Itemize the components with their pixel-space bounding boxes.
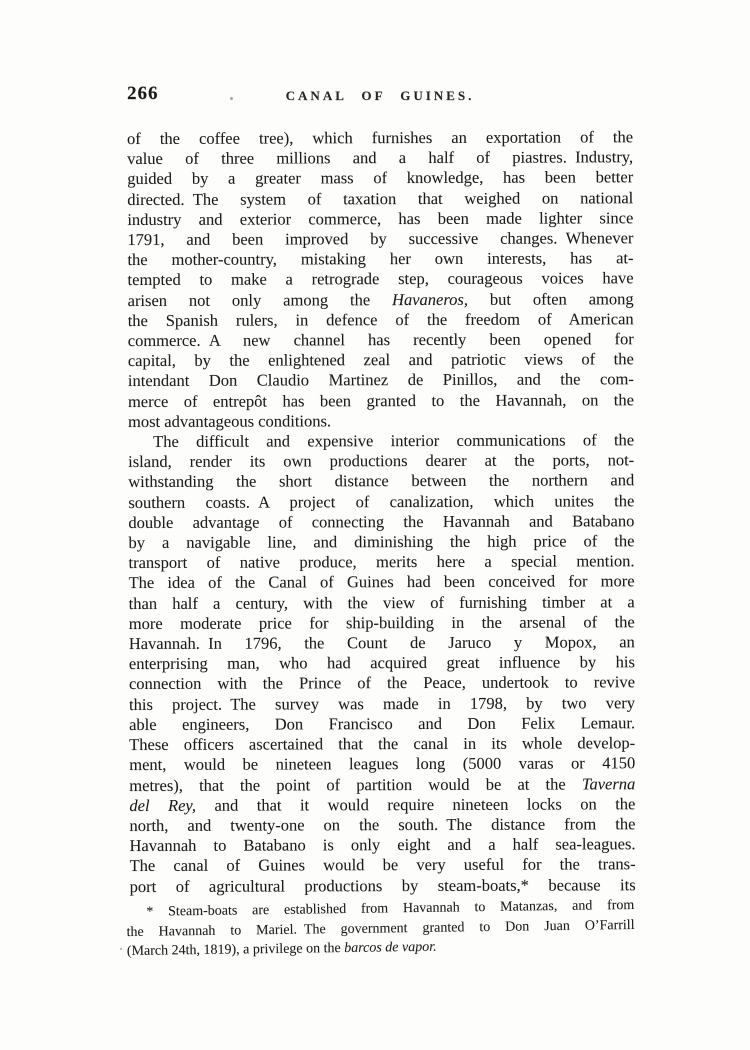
text-line: industry and exterior commerce, has been… <box>127 208 633 230</box>
text-line: tempted to make a retrograde step, coura… <box>127 269 633 291</box>
italic-text: barcos de vapor. <box>344 940 437 956</box>
text-line: than half a century, with the view of fu… <box>129 592 635 614</box>
text-line: most advantageous conditions. <box>128 410 634 432</box>
text-line: Havannah to Batabano is only eight and a… <box>129 834 635 856</box>
text-line: port of agricultural productions by stea… <box>130 875 636 897</box>
text-line: value of three millions and a half of pi… <box>127 147 633 169</box>
text-line: arisen not only among the Havaneros, but… <box>128 289 634 311</box>
text-line: merce of entrepôt has been granted to th… <box>128 390 634 412</box>
text-line: metres), that the point of partition wou… <box>129 774 635 796</box>
scan-speck <box>230 97 233 100</box>
text-line: The idea of the Canal of Guines had been… <box>129 572 635 594</box>
text-line: guided by a greater mass of knowledge, h… <box>127 168 633 190</box>
italic-text: Taverna <box>582 774 636 793</box>
page-header: 266 CANAL OF GUINES. <box>127 88 633 104</box>
italic-text: del Rey, <box>129 795 196 814</box>
italic-text: Havaneros, <box>392 289 468 308</box>
text-line: connection with the Prince of the Peace,… <box>129 673 635 695</box>
text-line: commerce. A new channel has recently bee… <box>128 329 634 351</box>
text-line: These officers ascertained that the cana… <box>129 733 635 755</box>
text-line: able engineers, Don Francisco and Don Fe… <box>129 713 635 735</box>
footnote: * Steam-boats are established from Havan… <box>126 896 635 962</box>
text-line: 1791, and been improved by successive ch… <box>127 228 633 250</box>
text-line: the mother-country, mistaking her own in… <box>127 248 633 270</box>
text-line: withstanding the short distance between … <box>128 471 634 493</box>
text-line: southern coasts. A project of canalizati… <box>128 491 634 513</box>
text-line: the Spanish rulers, in defence of the fr… <box>128 309 634 331</box>
text-line: enterprising man, who had acquired great… <box>129 653 635 675</box>
text-line: intendant Don Claudio Martinez de Pinill… <box>128 370 634 392</box>
running-head: CANAL OF GUINES. <box>127 88 633 104</box>
text-line: ment, would be nineteen leagues long (50… <box>129 754 635 776</box>
text-line: double advantage of connecting the Havan… <box>128 511 634 533</box>
text-line: Havannah. In 1796, the Count de Jaruco y… <box>129 632 635 654</box>
text-line: del Rey, and that it would require ninet… <box>129 794 635 816</box>
text-line: of the coffee tree), which furnishes an … <box>127 127 633 149</box>
text-line: transport of native produce, merits here… <box>128 551 634 573</box>
text-line: directed. The system of taxation that we… <box>127 188 633 210</box>
book-page: 266 CANAL OF GUINES. of the coffee tree)… <box>0 0 750 1050</box>
text-line: The difficult and expensive interior com… <box>128 430 634 452</box>
scan-speck <box>120 948 122 950</box>
text-line: this project. The survey was made in 179… <box>129 693 635 715</box>
text-line: island, render its own productions deare… <box>128 450 634 472</box>
body-text: of the coffee tree), which furnishes an … <box>127 127 636 896</box>
text-line: north, and twenty-one on the south. The … <box>129 814 635 836</box>
text-line: by a navigable line, and diminishing the… <box>128 531 634 553</box>
text-line: more moderate price for ship-building in… <box>129 612 635 634</box>
page-number: 266 <box>127 83 159 105</box>
text-line: capital, by the enlightened zeal and pat… <box>128 349 634 371</box>
text-line: The canal of Guines would be very useful… <box>130 855 636 877</box>
